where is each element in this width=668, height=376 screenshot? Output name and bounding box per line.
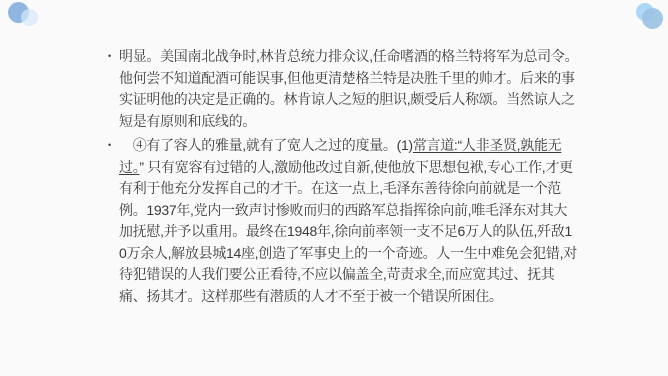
bullet-item-2: • ④有了容人的雅量,就有了宽人之过的度量。(1)常言道:“人非圣贤,孰能无过。… <box>108 135 579 307</box>
circle-icon <box>21 9 38 26</box>
bullet-item-1: • 明显。美国南北战争时,林肯总统力排众议,任命嗜酒的格兰特将军为总司令。他何尝… <box>108 46 579 132</box>
bullet-marker: • <box>108 46 119 68</box>
paragraph-text: 明显。美国南北战争时,林肯总统力排众议,任命嗜酒的格兰特将军为总司令。他何尝不知… <box>119 46 579 132</box>
text-segment: 明显。美国南北战争时,林肯总统力排众议,任命嗜酒的格兰特将军为总司令。他何尝不知… <box>119 48 578 129</box>
circle-icon <box>642 8 663 29</box>
text-segment: ④有了容人的雅量,就有了宽人之过的度量。(1) <box>119 137 413 153</box>
slide-body: • 明显。美国南北战争时,林肯总统力排众议,任命嗜酒的格兰特将军为总司令。他何尝… <box>108 46 579 307</box>
text-segment: ” 只有宽容有过错的人,激励他改过自新,使他放下思想包袱,专心工作,才更有利于他… <box>119 159 577 304</box>
paragraph-text: ④有了容人的雅量,就有了宽人之过的度量。(1)常言道:“人非圣贤,孰能无过。” … <box>119 135 579 307</box>
presentation-slide: • 明显。美国南北战争时,林肯总统力排众议,任命嗜酒的格兰特将军为总司令。他何尝… <box>0 0 668 376</box>
bullet-marker: • <box>108 135 119 157</box>
